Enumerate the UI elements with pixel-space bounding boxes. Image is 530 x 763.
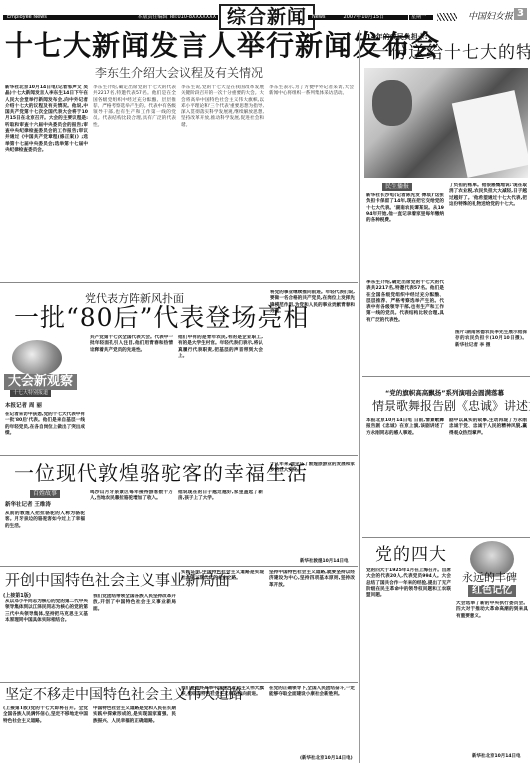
path-col-3: 我们要始终高举中国特色社会主义伟大旗帜,把中国特色社会主义事业推向前进。	[181, 686, 264, 763]
fourth-congress-headline: 党的四大	[375, 545, 447, 565]
lead-subhead: 李东生介绍大会议程及有关情况	[95, 66, 263, 80]
fourth-congress-badge-title: 永远的丰碑	[462, 571, 517, 584]
drama-col-1: 本报北京10月14日电 日前,情景歌舞报告剧《忠诚》在京上演,该剧讲述了方永刚同…	[366, 418, 444, 518]
photo-face	[372, 80, 412, 126]
new-situation-col-4: 坚持中国特色社会主义道路,就要坚持以经济建设为中心,坚持四项基本原则,坚持改革开…	[269, 570, 355, 679]
camel-col-4: 十几年来,他见证了敦煌旅游业的发展和家乡的巨大变化。	[270, 462, 355, 557]
new-situation-col-3: 实践证明,中国特色社会主义道路是实现社会主义现代化的必由之路。	[181, 570, 264, 679]
masthead-date: 2007年10月15日	[344, 15, 384, 20]
section-title: 综合新闻	[219, 4, 315, 30]
lead-col-1: 新华社北京10月14日电(记者邹声文 吴晶)十七大新闻发言人李东生14日下午在人…	[5, 85, 88, 275]
camel-byline: 新华社记者 王维涛	[5, 502, 51, 509]
right-rule-1	[362, 376, 530, 377]
photo-document	[452, 90, 528, 178]
fourth-congress-col-2: 大会选举了新的中央执行委员会。四大对于推动大革命高潮的到来具有重要意义。	[456, 601, 528, 751]
masthead-bar-right: News 2007年10月15日	[308, 15, 408, 20]
observation-badge-sub: 十七大特别报道	[10, 390, 51, 397]
eighties-col-3: 他们中有的是青年农民,有的是企业职工,有的是大学生村官。年轻代表们表示,将认真履…	[178, 335, 263, 450]
fourth-congress-footer: 新华社北京10月14日电	[472, 753, 521, 759]
section-rule-4	[0, 682, 358, 683]
section-en: News	[312, 15, 326, 20]
path-col-1: (上接第1版)党的十七大即将召开。全党全国各族人民满怀信心,坚定不移地走中国特色…	[3, 706, 88, 763]
lead-col-4: 李东生表示,为了方便中外记者采访,大会新闻中心将组织一系列集体采访活动。	[269, 85, 354, 275]
eighties-headline: 一批“80后”代表登场亮相	[14, 303, 309, 333]
camel-col-1: 从前的敦煌人把拉骆驼的人称为骆驼客。月牙泉边的骆驼客如今过上了幸福的生活。	[5, 511, 85, 561]
drama-headline: 情景歌舞报告剧《忠诚》讲述方永刚的故事	[372, 398, 530, 414]
hammer-sickle-icon	[12, 340, 62, 376]
gift-col-2: 了负担的账单。他很感慨地说:'现在取消了农业税,农民负担大大减轻,日子越过越好了…	[449, 183, 527, 323]
camel-tag: 百姓故事	[30, 490, 60, 498]
gift-kicker: 14年的农民负担卡:	[366, 32, 428, 42]
drama-kicker: “党的旗帜高高飘扬”系列演唱会圆满落幕	[385, 388, 504, 397]
section-rule	[0, 282, 358, 283]
gift-col-1b: 李东生介绍,确定出席党的十七大的代表共2217名,特邀代表57名。他们是在全国各…	[366, 280, 444, 370]
masthead-left-label: Employee News	[7, 15, 47, 20]
section-rule-2	[0, 455, 358, 456]
lead-col-2: 李东生介绍,确定出席党的十七大的代表共2217名,特邀代表57名。他们是在全国各…	[93, 85, 176, 275]
gift-photo	[364, 68, 528, 178]
gift-headline: 一份送给十七大的特殊礼物	[372, 42, 530, 64]
masthead-bar-left: Employee News 本版责任编辑 Tel:010-8XXXXXXX	[3, 15, 218, 20]
camel-footer: 新华社敦煌10月14日电	[300, 558, 349, 564]
path-col-4: 在党的正确领导下,全国人民团结奋斗,一定能够夺取全面建设小康社会新胜利。	[269, 686, 355, 756]
gift-tag: 民生播报	[382, 183, 412, 191]
drama-col-2: 剧中以真实的故事,生动再现了方永刚忠诚于党、忠诚于人民的精神风貌,赢得观众热烈掌…	[449, 418, 527, 518]
section-rule-3	[0, 566, 358, 567]
fourth-congress-badge-sub: 红色记忆	[468, 585, 516, 597]
right-rule-2	[362, 537, 530, 538]
gift-col-1: 新华社长沙电(记者陈先发 傅琰)'这张负担卡保留了14年,现在把它交给党的十七大…	[366, 193, 444, 278]
page-number: 3	[514, 8, 527, 20]
eighties-col-1: 在记者采访中获悉,党的十七大代表中有一批'80后'代表。他们是来自基层一线的年轻…	[5, 412, 85, 452]
new-situation-label: (上接第1版)	[3, 592, 31, 599]
lead-col-3: 李东生说,党的十七大是在我国改革发展关键阶段召开的一次十分重要的大会。大会将高举…	[181, 85, 264, 275]
column-divider	[359, 30, 360, 763]
path-footer: (新华社北京10月14日电)	[300, 755, 353, 761]
path-col-2: 中国特色社会主义道路是党和人民在长期实践中探索形成的,是实现国家富强、民族振兴、…	[93, 706, 176, 763]
observation-badge: 大会新观察	[4, 374, 77, 390]
eighties-col-4: 将党的事业继续推向前进。年轻代表们说,要做一名合格的共产党员,在岗位上发挥先锋模…	[270, 290, 355, 450]
eighties-col-2: 共产党第十七次全国代表大会。代表中一批年轻面孔引人注目,他们用青春和热情诠释着共…	[90, 335, 173, 450]
new-situation-col-1: 从以邓小平同志为核心的党的第二代中央领导集体到以江泽民同志为核心的党的第三代中央…	[5, 599, 88, 679]
camel-col-3: 他说现在的日子越过越好,家里盖起了新房,孩子上了大学。	[178, 490, 263, 562]
masthead-contact: 本版责任编辑 Tel:010-8XXXXXXX	[138, 15, 216, 20]
eighties-byline: 本报记者 周 丽	[5, 403, 42, 410]
fourth-congress-col-1: 党的四大于1925年1月在上海召开。出席大会的代表20人,代表党员994人。大会…	[366, 568, 451, 763]
masthead-hatch-decoration	[437, 13, 457, 21]
new-situation-col-2: 我们党团结带领全国各族人民坚持改革开放,开创了中国特色社会主义事业新局面。	[93, 594, 176, 679]
gift-caption: 图片:湖南常德农民李先生展示他保存的农民负担卡(10月10日摄)。新华社记者 李…	[455, 330, 527, 354]
paper-name-logo: 中国妇女报	[468, 9, 513, 22]
masthead-weekday: 星期一	[411, 15, 426, 20]
masthead-weekday-bar: 星期一	[409, 15, 433, 20]
camel-headline: 一位现代敦煌骆驼客的幸福生活	[14, 460, 308, 486]
camel-col-2: 鸣沙山月牙泉景区每年接待游客数十万人,当地农民靠拉骆驼增加了收入。	[90, 490, 173, 562]
